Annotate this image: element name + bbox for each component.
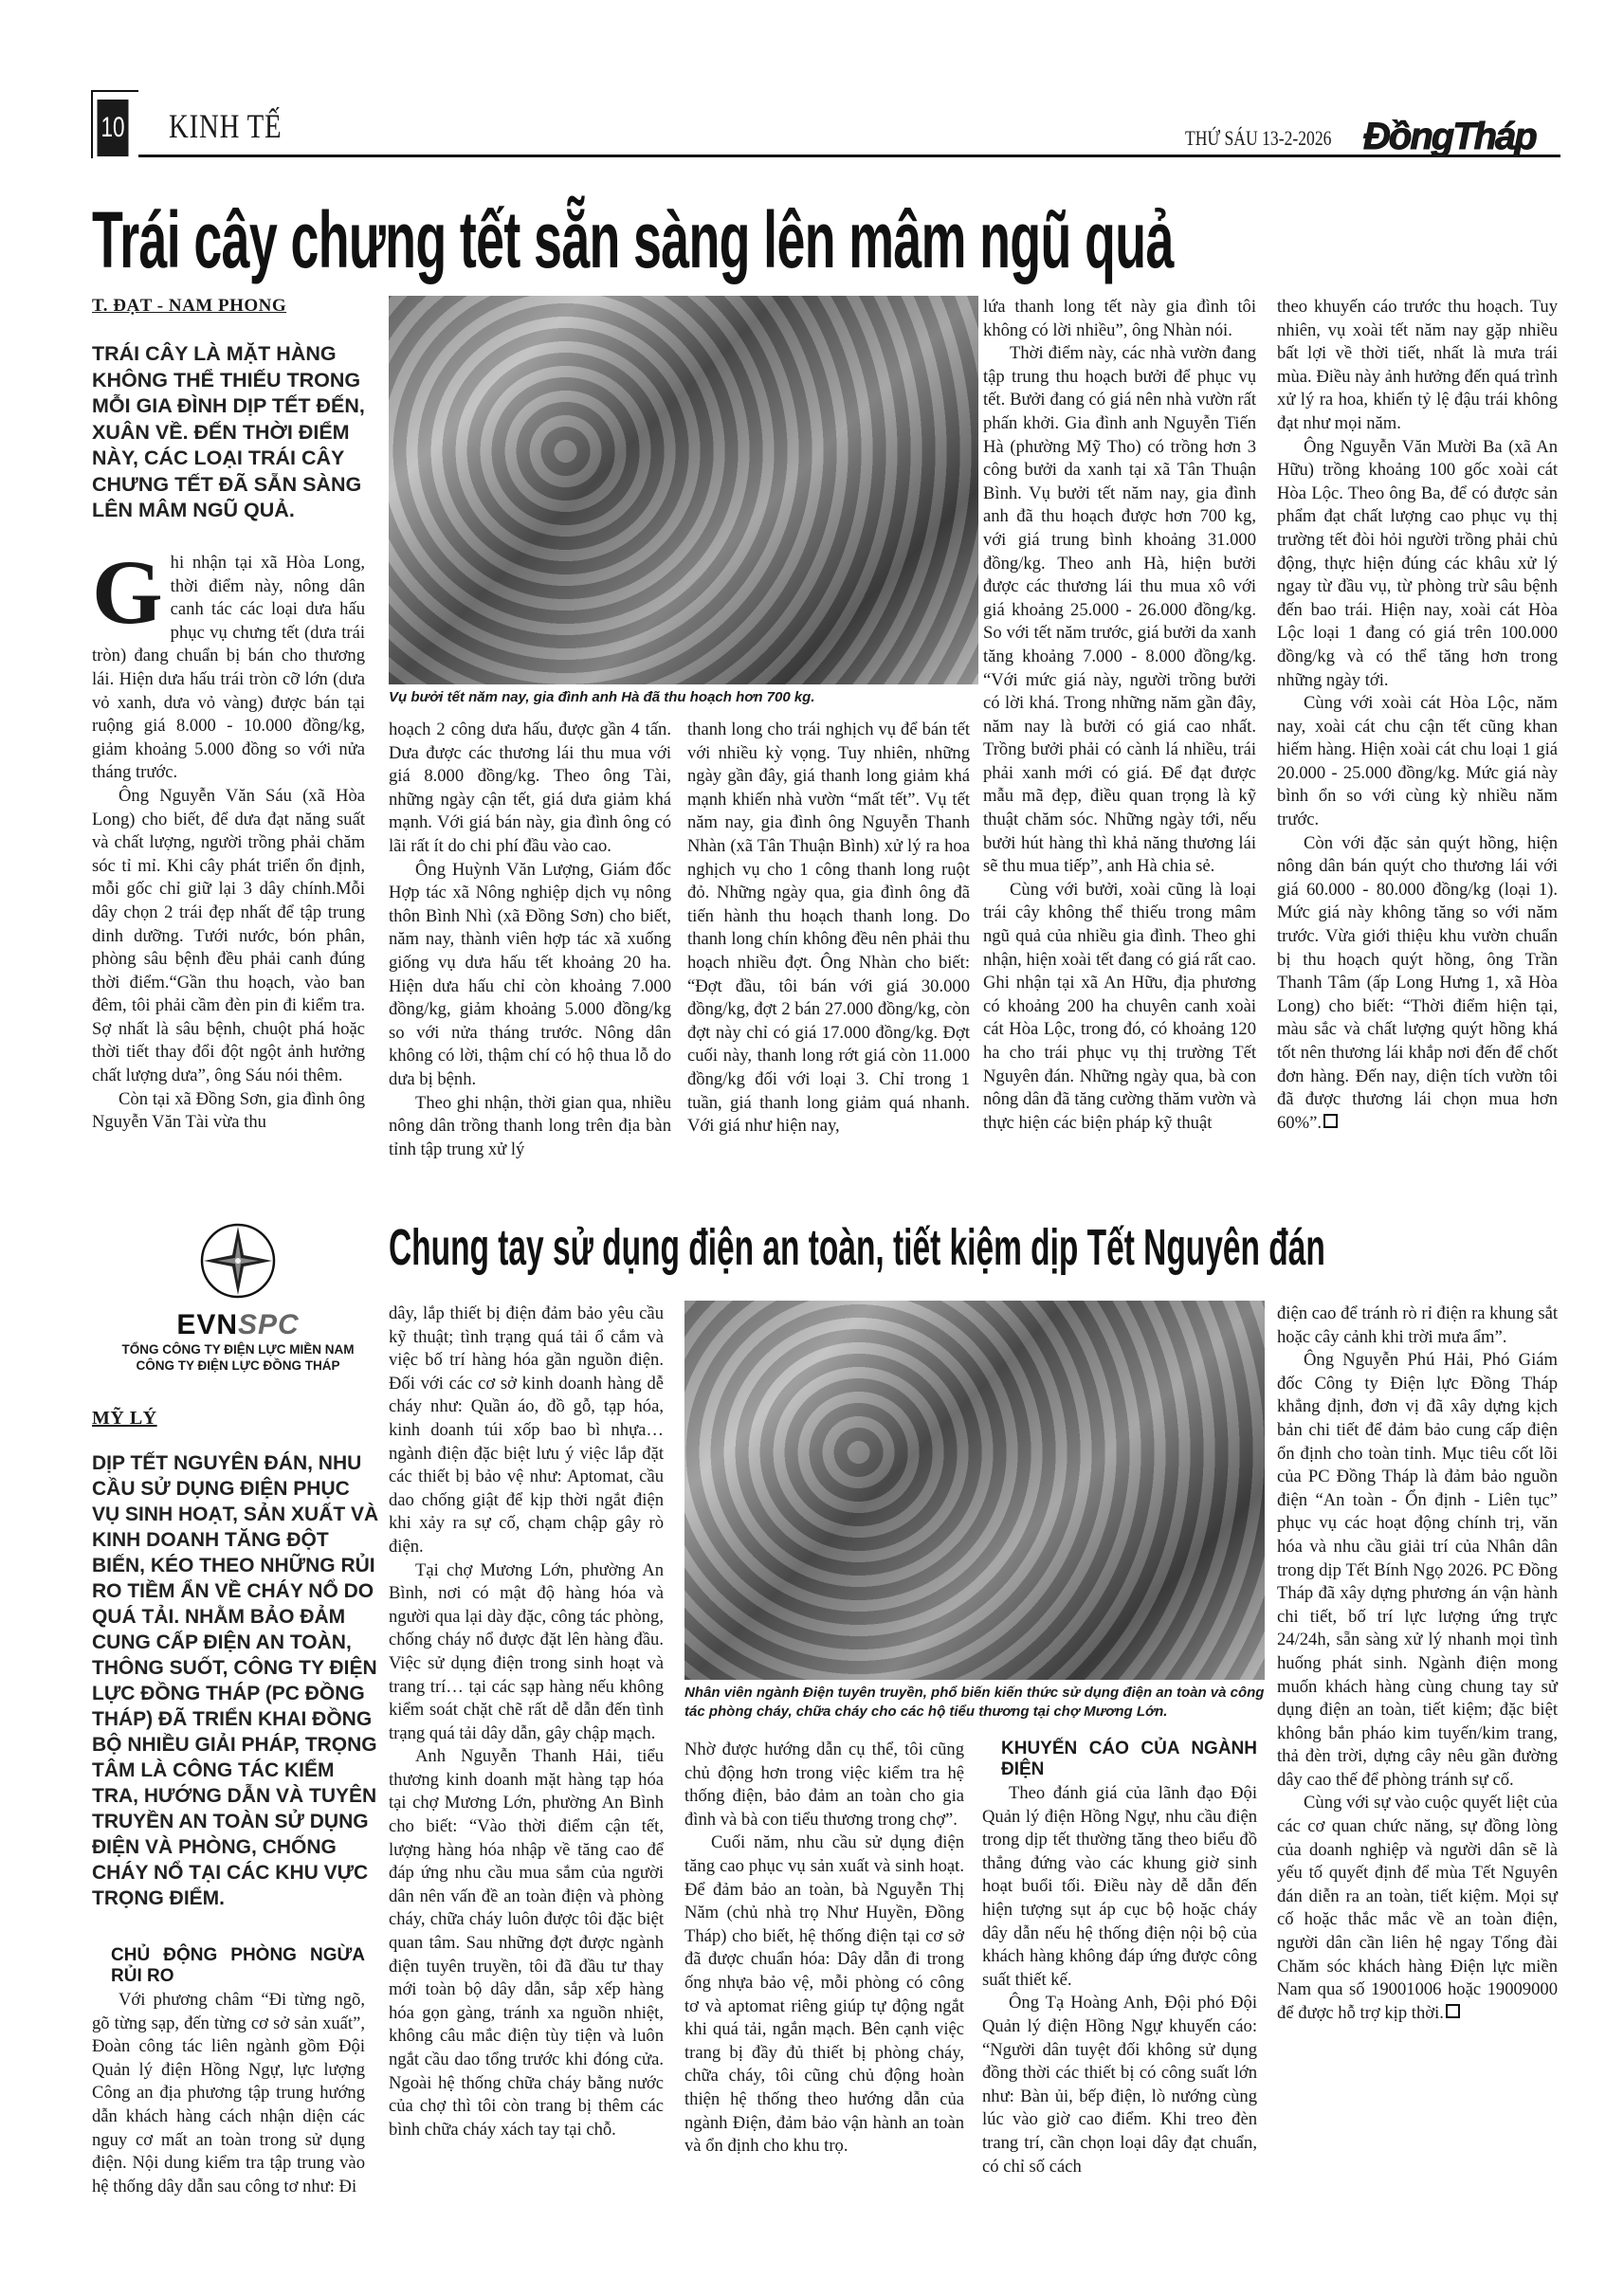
evn-sponsor-block: EVNSPC TỔNG CÔNG TY ĐIỆN LỰC MIỀN NAM CÔ… (90, 1221, 386, 1374)
article2-col4: KHUYẾN CÁO CỦA NGÀNH ĐIỆN Theo đánh giá … (982, 1739, 1257, 2178)
article1-col1-para3: Còn tại xã Đồng Sơn, gia đình ông Nguyễn… (92, 1088, 365, 1135)
article1-col2: hoạch 2 công dưa hấu, được gần 4 tấn. Dư… (389, 719, 671, 1161)
evn-star-compass-icon (198, 1221, 278, 1301)
section-title: KINH TẾ (169, 106, 282, 146)
article2-col1: CHỦ ĐỘNG PHÒNG NGỪA RỦI RO Với phương ch… (92, 1941, 365, 2198)
page-number: 10 (98, 100, 129, 156)
article2-col3: Nhờ được hướng dẫn cụ thể, tôi cũng chủ … (684, 1739, 964, 2159)
evn-company-line1: TỔNG CÔNG TY ĐIỆN LỰC MIỀN NAM (90, 1341, 386, 1358)
evn-brand: EVNSPC (90, 1309, 386, 1341)
end-mark-icon (1446, 2004, 1460, 2018)
header-divider (138, 155, 1560, 157)
article1-lead: TRÁI CÂY LÀ MẶT HÀNG KHÔNG THỂ THIẾU TRO… (92, 341, 376, 524)
masthead-logo: ĐồngTháp (1363, 116, 1536, 158)
article1-col1: Ghi nhận tại xã Hòa Long, thời điểm này,… (92, 552, 365, 1135)
article2-lead: DỊP TẾT NGUYÊN ĐÁN, NHU CẦU SỬ DỤNG ĐIỆN… (92, 1450, 381, 1911)
end-mark-icon (1323, 1114, 1338, 1128)
article1-col1-para2: Ông Nguyễn Văn Sáu (xã Hòa Long) cho biế… (92, 785, 365, 1088)
article1-photo-pomelo-harvest (389, 296, 978, 684)
article2-photo-caption: Nhân viên ngành Điện tuyên truyền, phổ b… (684, 1684, 1272, 1722)
subhead-industry-recommendation: KHUYẾN CÁO CỦA NGÀNH ĐIỆN (1001, 1739, 1257, 1780)
article2-photo-market-visit (684, 1301, 1265, 1680)
subhead-proactive-prevention: CHỦ ĐỘNG PHÒNG NGỪA RỦI RO (111, 1945, 365, 1987)
issue-date: THỨ SÁU 13-2-2026 (1185, 126, 1331, 151)
article1-headline: Trái cây chưng tết sẵn sàng lên mâm ngũ … (92, 194, 1174, 286)
dropcap: G (92, 557, 163, 628)
article2-byline: MỸ LÝ (92, 1408, 157, 1430)
evn-company-line2: CÔNG TY ĐIỆN LỰC ĐỒNG THÁP (90, 1358, 386, 1374)
article1-byline: T. ĐẠT - NAM PHONG (92, 296, 286, 317)
article2-col5: điện cao để tránh rò rỉ điện ra khung sắ… (1277, 1303, 1558, 2025)
article1-col1-para1: Ghi nhận tại xã Hòa Long, thời điểm này,… (92, 552, 365, 785)
article1-col4: lứa thanh long tết này gia đình tôi khôn… (983, 296, 1256, 1135)
article1-col3: thanh long cho trái nghịch vụ để bán tết… (687, 719, 970, 1139)
article2-col2: dây, lắp thiết bị điện đảm bảo yêu cầu k… (389, 1303, 664, 2141)
article1-photo-caption: Vụ bưởi tết năm nay, gia đình anh Hà đã … (389, 688, 978, 707)
article2-headline: Chung tay sử dụng điện an toàn, tiết kiệ… (389, 1218, 1325, 1277)
article1-col5: theo khuyến cáo trước thu hoạch. Tuy nhi… (1277, 296, 1558, 1135)
